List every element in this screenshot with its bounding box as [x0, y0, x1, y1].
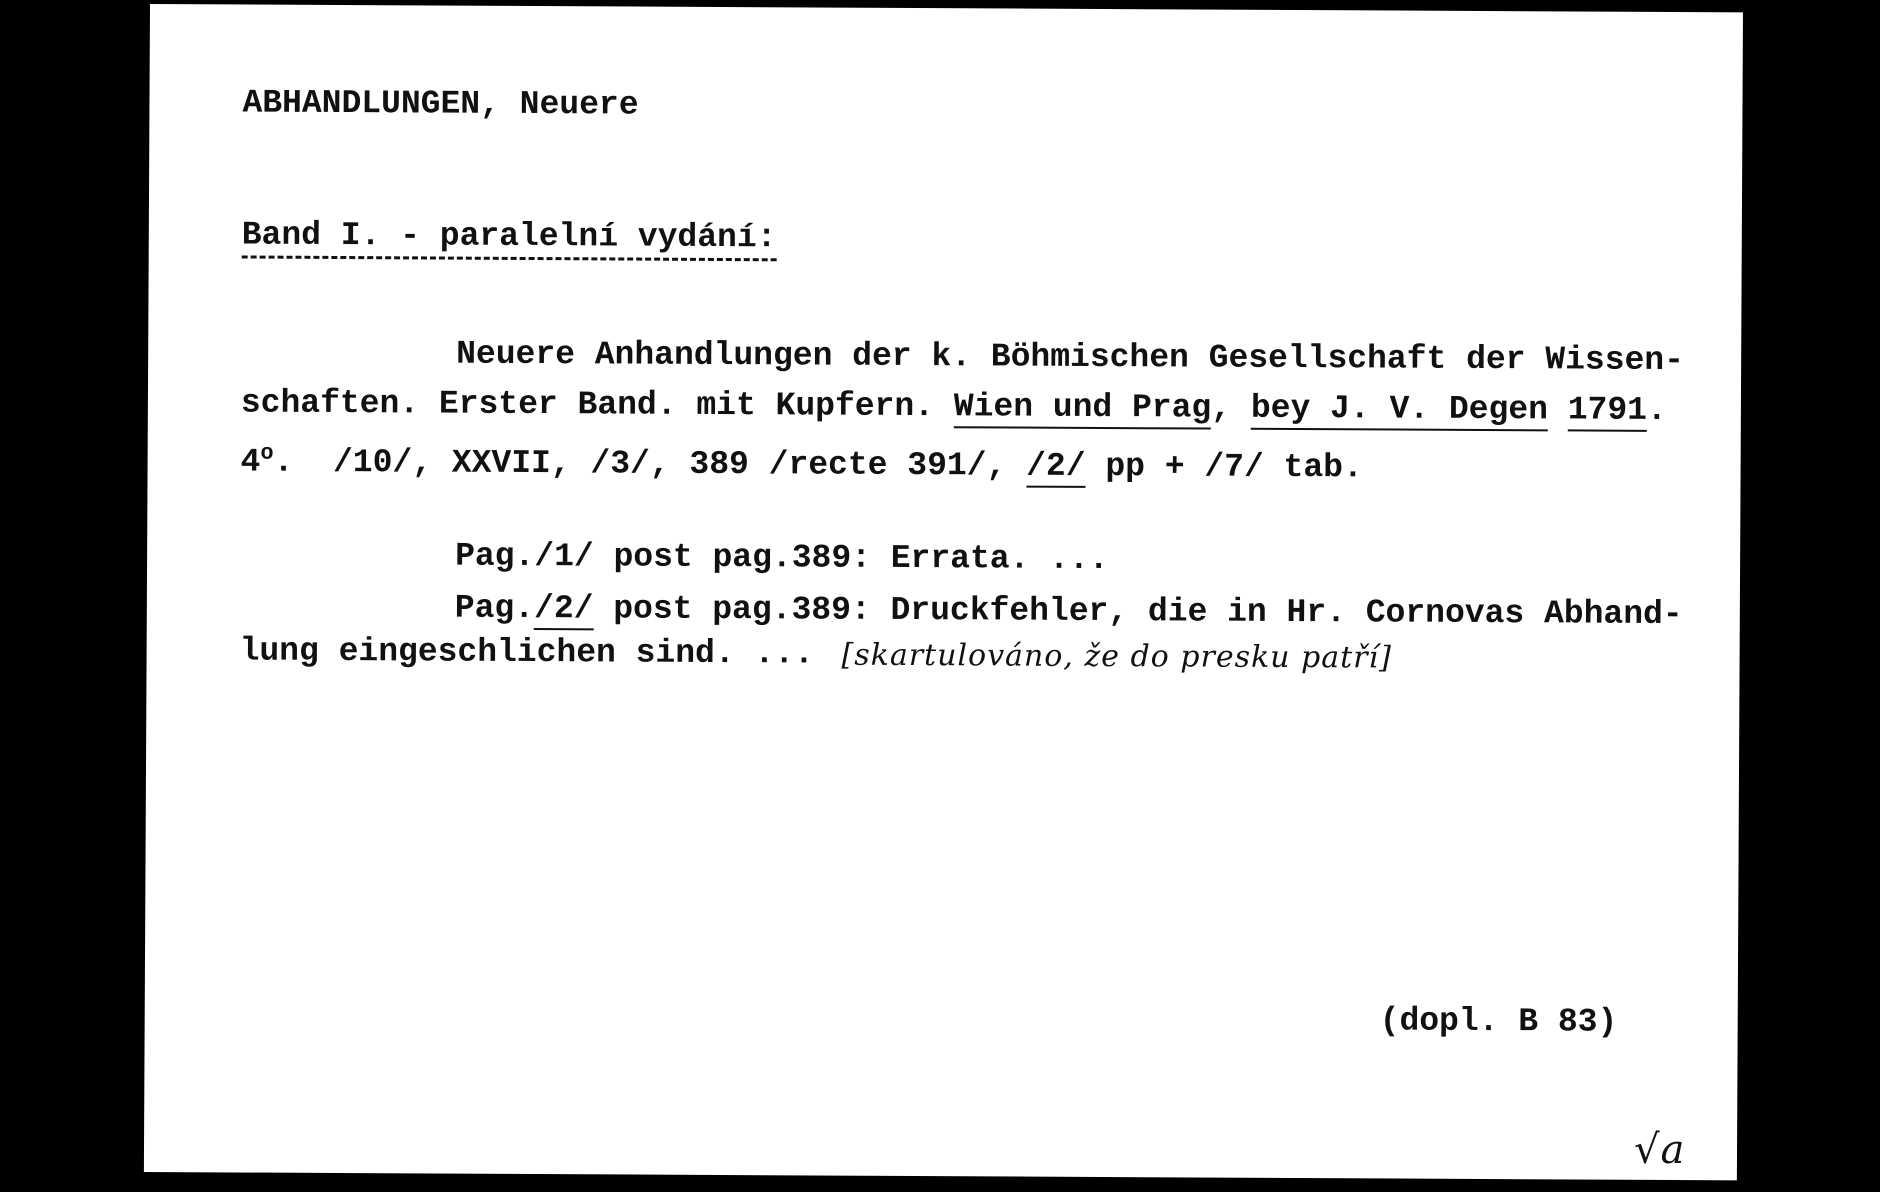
publisher: bey J. V. Degen: [1251, 390, 1548, 432]
note-1: Pag./1/ post pag.389: Errata. ...: [455, 534, 1109, 583]
collation: . /10/, XXVII, /3/, 389 /recte 391/,: [274, 444, 1027, 485]
citation-line-1: Neuere Anhandlungen der k. Böhmischen Ge…: [456, 332, 1684, 384]
card-subheading: Band I. - paralelní vydání:: [242, 212, 777, 261]
title-continuation: schaften. Erster Band. mit Kupfern.: [241, 384, 954, 425]
card-heading: ABHANDLUNGEN, Neuere: [242, 80, 638, 128]
note-2-prefix: Pag.: [455, 590, 534, 627]
collation-underlined: /2/: [1026, 448, 1086, 488]
handwritten-note: [skartulováno, že do presku patří]: [842, 638, 1392, 676]
format: 4: [241, 443, 261, 480]
separator: ,: [1211, 390, 1251, 427]
note-2-continuation: lung eingeschlichen sind. ...: [239, 628, 814, 677]
degree-mark: o: [260, 441, 273, 466]
catalog-card: ABHANDLUNGEN, Neuere Band I. - paralelní…: [144, 4, 1743, 1180]
reference-code: (dopl. B 83): [1380, 998, 1618, 1045]
publication-year: 1791: [1568, 391, 1647, 431]
separator: [1548, 391, 1568, 428]
citation-line-2: schaften. Erster Band. mit Kupfern. Wien…: [241, 380, 1667, 433]
subheading-text: Band I. - paralelní vydání:: [242, 216, 777, 261]
handwritten-mark: √a: [1634, 1127, 1686, 1173]
note-2-underlined: /2/: [534, 590, 594, 630]
note-2-text: post pag.389: Druckfehler, die in Hr. Co…: [593, 590, 1682, 633]
collation-end: pp + /7/ tab.: [1085, 448, 1362, 486]
separator: .: [1647, 392, 1667, 429]
citation-line-3: 4o. /10/, XXVII, /3/, 389 /recte 391/, /…: [240, 430, 1362, 491]
place-of-publication: Wien und Prag: [954, 388, 1212, 429]
